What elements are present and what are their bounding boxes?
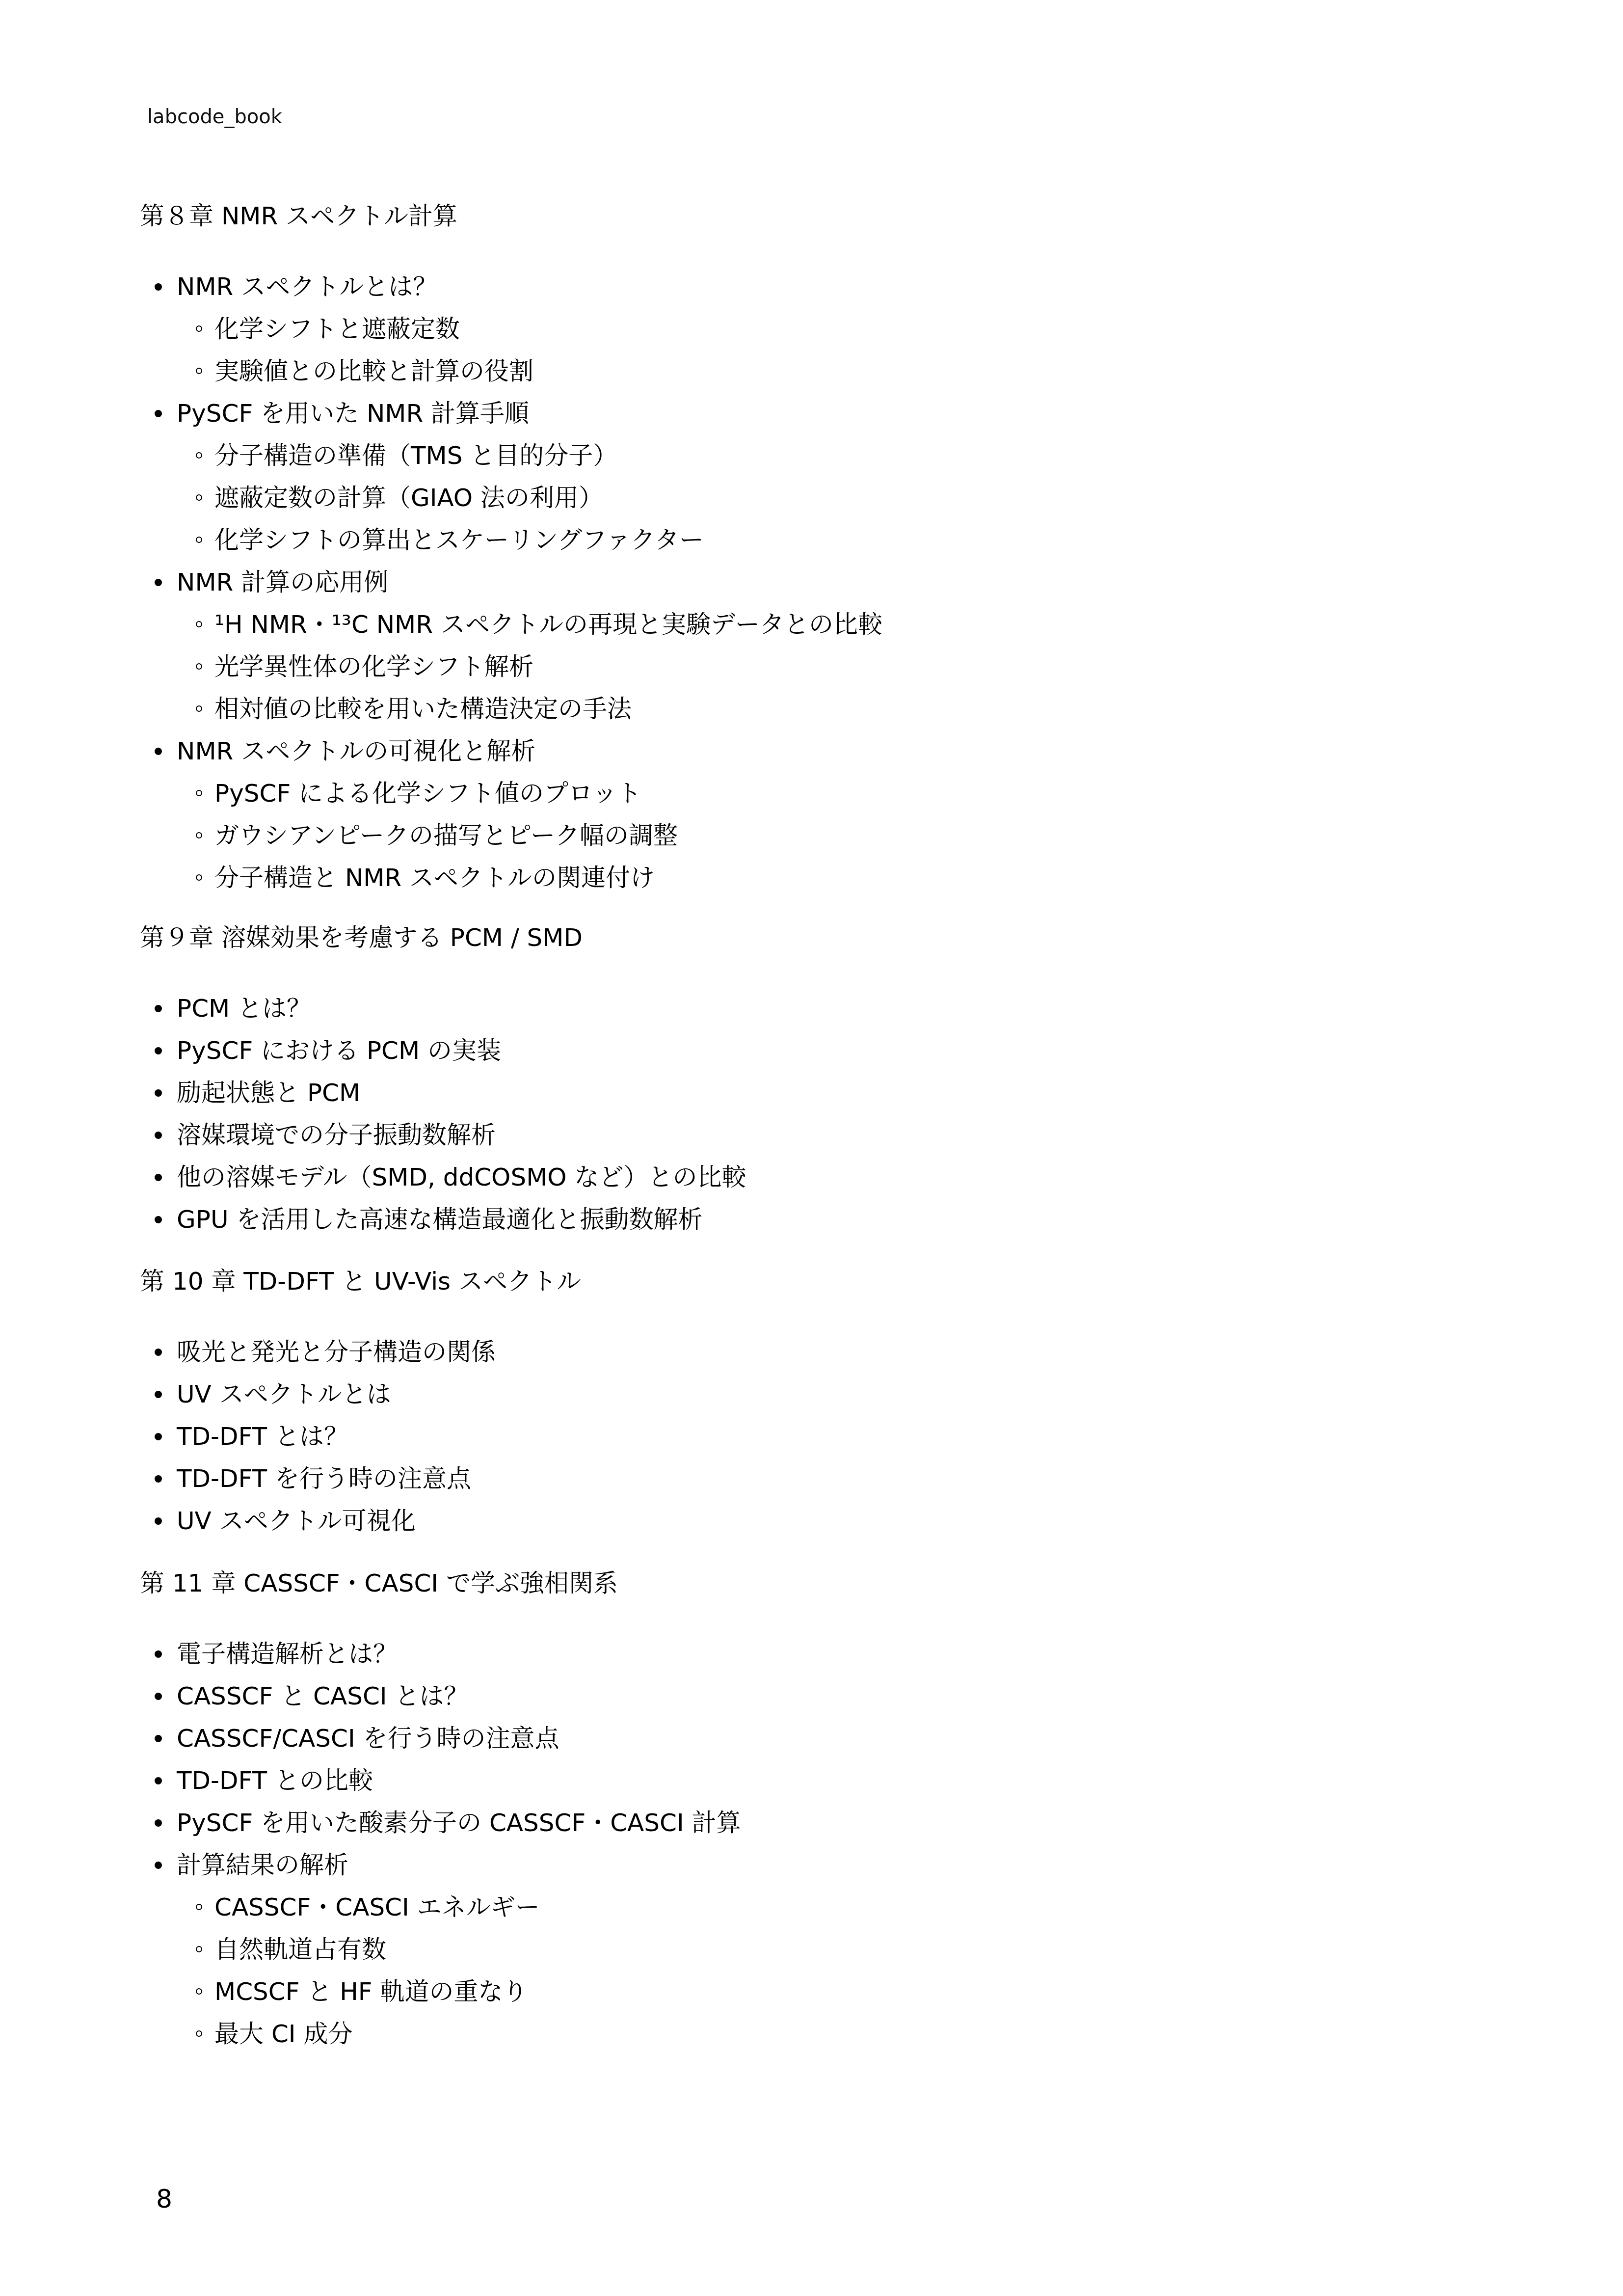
page-number: 8 xyxy=(156,2185,172,2214)
bullet-disc-icon xyxy=(155,1475,162,1483)
list-item-label: 計算結果の解析 xyxy=(177,1851,348,1879)
sub-list-item-label: 分子構造の準備（TMS と目的分子） xyxy=(214,441,617,470)
bullet-disc-icon xyxy=(155,1005,162,1012)
list-item: PySCF を用いた酸素分子の CASSCF・CASCI 計算 xyxy=(140,1802,1514,1844)
chapter-9-section: 第９章 溶媒効果を考慮する PCM / SMD PCM とは？ PySCF にお… xyxy=(140,920,1514,1241)
list-item-label: PySCF を用いた酸素分子の CASSCF・CASCI 計算 xyxy=(177,1809,741,1837)
sub-list-item-label: 分子構造と NMR スペクトルの関連付け xyxy=(214,864,655,892)
running-header: labcode_book xyxy=(147,103,282,131)
bullet-circle-icon xyxy=(196,325,202,332)
sub-list-item: 自然軌道占有数 xyxy=(140,1928,1514,1971)
bullet-disc-icon xyxy=(155,1132,162,1139)
list-item: GPU を活用した高速な構造最適化と振動数解析 xyxy=(140,1198,1514,1241)
topic-list: PCM とは？ PySCF における PCM の実装 励起状態と PCM 溶媒環… xyxy=(140,987,1514,1241)
list-item-label: GPU を活用した高速な構造最適化と振動数解析 xyxy=(177,1205,702,1234)
sub-list-item-label: ¹H NMR・¹³C NMR スペクトルの再現と実験データとの比較 xyxy=(214,610,882,639)
list-item-label: NMR スペクトルの可視化と解析 xyxy=(177,737,535,765)
bullet-circle-icon xyxy=(196,1988,202,1995)
bullet-disc-icon xyxy=(155,1819,162,1827)
sub-list-item-label: 光学異性体の化学シフト解析 xyxy=(214,652,533,681)
bullet-disc-icon xyxy=(155,1517,162,1525)
bullet-circle-icon xyxy=(196,705,202,712)
list-item: TD-DFT との比較 xyxy=(140,1759,1514,1802)
list-item-label: NMR スペクトルとは？ xyxy=(177,272,437,301)
list-item: PCM とは？ xyxy=(140,987,1514,1029)
chapter-title: 第８章 NMR スペクトル計算 xyxy=(140,199,1514,233)
sub-list-item: 遮蔽定数の計算（GIAO 法の利用） xyxy=(140,477,1514,519)
bullet-disc-icon xyxy=(155,1862,162,1869)
sub-list-item-label: 実験値との比較と計算の役割 xyxy=(214,357,533,385)
list-item: NMR 計算の応用例 xyxy=(140,561,1514,603)
sub-list-item: CASSCF・CASCI エネルギー xyxy=(140,1886,1514,1928)
bullet-disc-icon xyxy=(155,283,162,291)
bullet-circle-icon xyxy=(196,832,202,838)
bullet-disc-icon xyxy=(155,1693,162,1700)
sub-list-item: 化学シフトと遮蔽定数 xyxy=(140,308,1514,350)
list-item-label: TD-DFT とは？ xyxy=(177,1422,348,1451)
chapter-11-section: 第 11 章 CASSCF・CASCI で学ぶ強相関系 電子構造解析とは？ CA… xyxy=(140,1566,1514,2055)
sub-list-item: MCSCF と HF 軌道の重なり xyxy=(140,1971,1514,2013)
bullet-circle-icon xyxy=(196,1946,202,1952)
sub-list-item-label: CASSCF・CASCI エネルギー xyxy=(214,1893,540,1921)
list-item-label: NMR 計算の応用例 xyxy=(177,568,388,596)
list-item-label: UV スペクトルとは xyxy=(177,1380,391,1408)
sub-list-item: 分子構造と NMR スペクトルの関連付け xyxy=(140,857,1514,899)
sub-list-item: ¹H NMR・¹³C NMR スペクトルの再現と実験データとの比較 xyxy=(140,603,1514,646)
sub-list-item-label: MCSCF と HF 軌道の重なり xyxy=(214,1977,528,2006)
bullet-circle-icon xyxy=(196,494,202,501)
bullet-circle-icon xyxy=(196,368,202,374)
list-item-label: UV スペクトル可視化 xyxy=(177,1507,416,1535)
list-item-label: 他の溶媒モデル（SMD, ddCOSMO など）との比較 xyxy=(177,1163,746,1191)
chapter-8-section: 第８章 NMR スペクトル計算 NMR スペクトルとは？ 化学シフトと遮蔽定数 … xyxy=(140,199,1514,899)
sub-list-item: 化学シフトの算出とスケーリングファクター xyxy=(140,519,1514,561)
bullet-disc-icon xyxy=(155,1391,162,1398)
sub-list-item-label: ガウシアンピークの描写とピーク幅の調整 xyxy=(214,821,678,850)
list-item-label: TD-DFT を行う時の注意点 xyxy=(177,1464,471,1493)
list-item: CASSCF と CASCI とは？ xyxy=(140,1675,1514,1717)
chapter-title: 第 10 章 TD-DFT と UV-Vis スペクトル xyxy=(140,1264,1514,1298)
bullet-circle-icon xyxy=(196,537,202,543)
list-item: 励起状態と PCM xyxy=(140,1072,1514,1114)
sub-list-item-label: 遮蔽定数の計算（GIAO 法の利用） xyxy=(214,484,603,512)
list-item-label: 溶媒環境での分子振動数解析 xyxy=(177,1121,496,1149)
list-item: 電子構造解析とは？ xyxy=(140,1633,1514,1675)
bullet-circle-icon xyxy=(196,663,202,670)
topic-list: NMR スペクトルとは？ 化学シフトと遮蔽定数 実験値との比較と計算の役割 Py… xyxy=(140,266,1514,899)
list-item: NMR スペクトルの可視化と解析 xyxy=(140,730,1514,772)
list-item-label: 吸光と発光と分子構造の関係 xyxy=(177,1338,496,1366)
sub-list-item: 実験値との比較と計算の役割 xyxy=(140,350,1514,392)
bullet-disc-icon xyxy=(155,1650,162,1658)
chapter-title: 第９章 溶媒効果を考慮する PCM / SMD xyxy=(140,920,1514,955)
bullet-circle-icon xyxy=(196,621,202,627)
list-item: TD-DFT を行う時の注意点 xyxy=(140,1458,1514,1500)
list-item-label: 電子構造解析とは？ xyxy=(177,1640,398,1668)
sub-list-item: 最大 CI 成分 xyxy=(140,2013,1514,2055)
sub-list-item-label: 化学シフトの算出とスケーリングファクター xyxy=(214,526,704,554)
list-item: CASSCF/CASCI を行う時の注意点 xyxy=(140,1717,1514,1759)
bullet-disc-icon xyxy=(155,1174,162,1181)
list-item-label: 励起状態と PCM xyxy=(177,1079,360,1107)
bullet-disc-icon xyxy=(155,1047,162,1054)
bullet-circle-icon xyxy=(196,874,202,881)
list-item: UV スペクトル可視化 xyxy=(140,1500,1514,1542)
bullet-disc-icon xyxy=(155,1216,162,1223)
topic-list: 電子構造解析とは？ CASSCF と CASCI とは？ CASSCF/CASC… xyxy=(140,1633,1514,2055)
sub-list-item: 分子構造の準備（TMS と目的分子） xyxy=(140,434,1514,477)
list-item: 計算結果の解析 xyxy=(140,1844,1514,1886)
list-item-label: CASSCF と CASCI とは？ xyxy=(177,1682,468,1710)
topic-list: 吸光と発光と分子構造の関係 UV スペクトルとは TD-DFT とは？ TD-D… xyxy=(140,1331,1514,1542)
list-item-label: CASSCF/CASCI を行う時の注意点 xyxy=(177,1724,559,1753)
bullet-disc-icon xyxy=(155,1735,162,1742)
sub-list-item-label: 自然軌道占有数 xyxy=(214,1935,386,1964)
bullet-disc-icon xyxy=(155,1349,162,1356)
bullet-circle-icon xyxy=(196,790,202,796)
list-item-label: PCM とは？ xyxy=(177,994,311,1023)
bullet-disc-icon xyxy=(155,1433,162,1440)
list-item: UV スペクトルとは xyxy=(140,1373,1514,1415)
sub-list-item-label: 相対値の比較を用いた構造決定の手法 xyxy=(214,695,632,723)
bullet-circle-icon xyxy=(196,1904,202,1910)
bullet-disc-icon xyxy=(155,748,162,755)
list-item-label: PySCF を用いた NMR 計算手順 xyxy=(177,399,529,428)
chapter-10-section: 第 10 章 TD-DFT と UV-Vis スペクトル 吸光と発光と分子構造の… xyxy=(140,1264,1514,1542)
sub-list-item-label: 化学シフトと遮蔽定数 xyxy=(214,315,460,343)
sub-list-item: PySCF による化学シフト値のプロット xyxy=(140,772,1514,814)
list-item-label: TD-DFT との比較 xyxy=(177,1766,373,1795)
list-item: NMR スペクトルとは？ xyxy=(140,266,1514,308)
bullet-disc-icon xyxy=(155,410,162,417)
sub-list-item-label: 最大 CI 成分 xyxy=(214,2020,352,2048)
list-item: 他の溶媒モデル（SMD, ddCOSMO など）との比較 xyxy=(140,1156,1514,1198)
chapter-title: 第 11 章 CASSCF・CASCI で学ぶ強相関系 xyxy=(140,1566,1514,1600)
list-item: PySCF における PCM の実装 xyxy=(140,1029,1514,1072)
sub-list-item-label: PySCF による化学シフト値のプロット xyxy=(214,779,641,808)
bullet-disc-icon xyxy=(155,1777,162,1784)
bullet-circle-icon xyxy=(196,452,202,459)
sub-list-item: ガウシアンピークの描写とピーク幅の調整 xyxy=(140,814,1514,857)
list-item: PySCF を用いた NMR 計算手順 xyxy=(140,392,1514,434)
list-item: 吸光と発光と分子構造の関係 xyxy=(140,1331,1514,1373)
bullet-disc-icon xyxy=(155,1089,162,1097)
list-item: TD-DFT とは？ xyxy=(140,1415,1514,1458)
bullet-disc-icon xyxy=(155,579,162,586)
list-item: 溶媒環境での分子振動数解析 xyxy=(140,1114,1514,1156)
sub-list-item: 光学異性体の化学シフト解析 xyxy=(140,646,1514,688)
bullet-circle-icon xyxy=(196,2030,202,2037)
list-item-label: PySCF における PCM の実装 xyxy=(177,1036,501,1065)
sub-list-item: 相対値の比較を用いた構造決定の手法 xyxy=(140,688,1514,730)
